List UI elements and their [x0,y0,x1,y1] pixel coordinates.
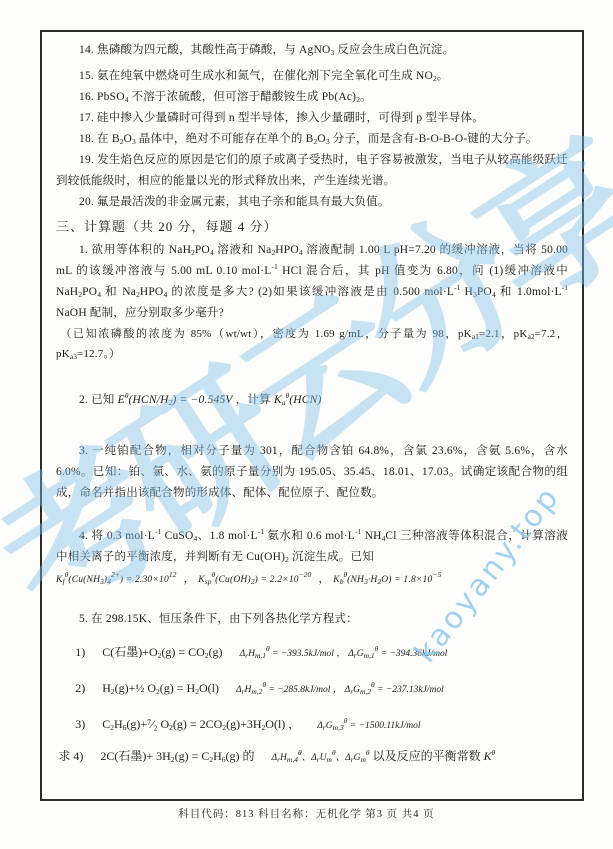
equation-1-thermo-values: ΔrHm,1θ = −393.5kJ/mol ， ΔrGm,1θ = −394.… [240,649,448,659]
statement-18: 18. 在 B2O3 晶体中，绝对不可能存在单个的 B2O3 分子，而是含有-B… [56,129,568,150]
equation-2-thermo-values: ΔrHm,2θ = −285.8kJ/mol ， ΔrGm,2θ = −237.… [236,685,444,695]
equation-1-formula: C(石墨)+O2(g) = CO2(g) [102,645,222,659]
kf-constant: Kfθ(Cu(NH3)42+) = 2.30×1012 [56,575,176,585]
equation-3-label: 3) [75,717,85,731]
page-footer: 科目代码：813 科目名称：无机化学 第3 页 共4 页 [0,806,613,821]
constant-separator: ， [183,573,195,585]
kb-constant: Kbθ(NH3·H2O) = 1.8×10−5 [333,575,441,585]
final-request-deltas: ΔrHm,4θ、ΔrUmθ、ΔrGmθ [272,753,370,763]
question-4-body: 4. 将 0.3 mol·L-1 CuSO4、1.8 mol·L-1 氨水和 0… [56,526,568,568]
statement-19: 19. 发生焰色反应的原因是它们的原子或离子受热时，电子容易被激发，当电子从较高… [56,150,568,192]
question-1-note: （已知浓磷酸的浓度为 85%（wt/wt），密度为 1.69 g/mL，分子量为… [56,324,568,364]
question-2-mid: ，计算 [236,394,271,406]
constant-separator: ， [318,573,330,585]
final-request-formula: 2C(石墨)+ 3H2(g) = C2H6(g) [100,749,239,763]
question-2-given-formula: Eθ(HCN/H2) = −0.545V [118,394,233,406]
question-4-constants: Kfθ(Cu(NH3)42+) = 2.30×1012 ， Kspθ(Cu(OH… [56,570,568,589]
statement-20: 20. 氟是最活泼的非金属元素，其电子亲和能具有最大负值。 [56,192,568,213]
question-1-body: 1. 欲用等体积的 NaH2PO4 溶液和 Na2HPO4 溶液配制 1.00 … [56,240,568,324]
equation-3-formula: C2H6(g)+⁷⁄₂ O2(g) = 2CO2(g)+3H2O(l) ， [102,717,300,731]
equation-2-label: 2) [75,681,85,695]
equation-2-formula: H2(g)+½ O2(g) = H2O(l) [102,681,219,695]
question-2-prefix: 2. 已知 [79,394,115,406]
question-5-intro: 5. 在 298.15K、恒压条件下，由下列各热化学方程式： [56,609,568,630]
final-request-de: 的 [243,749,255,763]
final-request-label: 求 4) [58,749,83,763]
ksp-constant: Kspθ(Cu(OH)2) = 2.2×10−20 [198,575,311,585]
question-2-find-formula: Kaθ(HCN) [274,394,322,406]
statement-14: 14. 焦磷酸为四元酸，其酸性高于磷酸，与 AgNO3 反应会生成白色沉淀。 [56,40,568,61]
statement-15: 15. 氨在纯氧中燃烧可生成水和氮气，在催化剂下完全氧化可生成 NO2。 [56,66,568,87]
section-title: 三、计算题（共 20 分，每题 4 分） [56,216,568,238]
question-3-body: 3. 一纯铂配合物，相对分子量为 301，配合物含铂 64.8%，含氯 23.6… [56,441,568,504]
equation-row-2: 2) H2(g)+½ O2(g) = H2O(l) ΔrHm,2θ = −285… [56,678,568,700]
content-frame: 14. 焦磷酸为四元酸，其酸性高于磷酸，与 AgNO3 反应会生成白色沉淀。 1… [40,30,584,801]
equation-3-thermo-values: ΔrGm,3θ = −1500.11kJ/mol [317,721,420,731]
question-5-final-request: 求 4) 2C(石墨)+ 3H2(g) = C2H6(g) 的 ΔrHm,4θ、… [56,746,568,768]
equation-1-label: 1) [75,645,85,659]
question-2: 2. 已知 Eθ(HCN/H2) = −0.545V ，计算 Kaθ(HCN) [56,390,568,411]
equation-row-1: 1) C(石墨)+O2(g) = CO2(g) ΔrHm,1θ = −393.5… [56,642,568,664]
equation-row-3: 3) C2H6(g)+⁷⁄₂ O2(g) = 2CO2(g)+3H2O(l) ，… [56,714,568,736]
statement-17: 17. 硅中掺入少量磷时可得到 n 型半导体，掺入少量硼时，可得到 p 型半导体… [56,108,568,129]
final-request-k: Kθ [484,749,496,763]
final-request-tail: 以及反应的平衡常数 [373,749,481,763]
statement-16: 16. PbSO4 不溶于浓硫酸，但可溶于醋酸铵生成 Pb(Ac)2。 [56,87,568,108]
